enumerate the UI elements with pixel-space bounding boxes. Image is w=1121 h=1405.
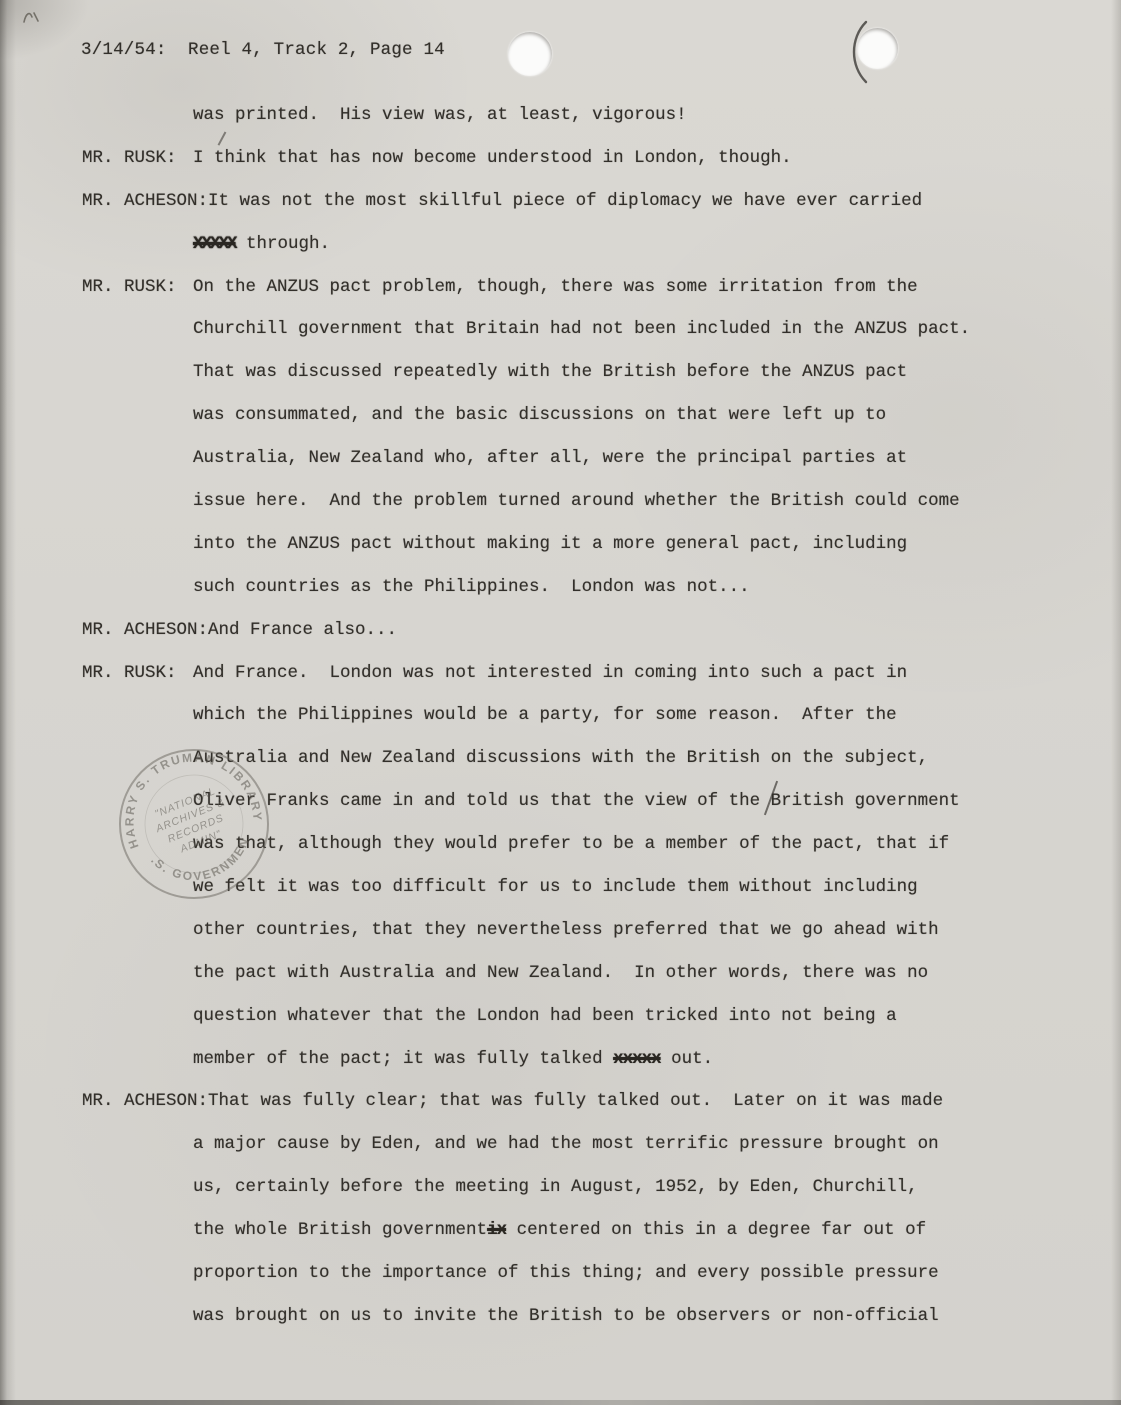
speaker-label	[0, 223, 193, 266]
overstrike-text: XXXXX	[193, 234, 236, 254]
transcript-line: was consummated, and the basic discussio…	[0, 394, 1121, 437]
speaker-label	[0, 394, 193, 437]
line-text: That was fully clear; that was fully tal…	[208, 1080, 1121, 1123]
scanned-document-page: 3/14/54: Reel 4, Track 2, Page 14 was pr…	[0, 0, 1121, 1405]
line-text: Oliver Franks came in and told us that t…	[193, 780, 1121, 823]
line-text: proportion to the importance of this thi…	[193, 1252, 1121, 1295]
line-text: Australia and New Zealand discussions wi…	[193, 737, 1121, 780]
line-text: That was discussed repeatedly with the B…	[193, 351, 1121, 394]
transcript-line: the pact with Australia and New Zealand.…	[0, 952, 1121, 995]
transcript-line: Australia, New Zealand who, after all, w…	[0, 437, 1121, 480]
line-text: was consummated, and the basic discussio…	[193, 394, 1121, 437]
line-text: we felt it was too difficult for us to i…	[193, 866, 1121, 909]
speaker-label: MR. RUSK:	[0, 266, 193, 309]
speaker-label	[0, 566, 193, 609]
line-text: the whole British governmentix centered …	[193, 1209, 1121, 1252]
line-text: On the ANZUS pact problem, though, there…	[193, 266, 1121, 309]
scan-edge-bottom	[0, 1400, 1121, 1405]
line-text: a major cause by Eden, and we had the mo…	[193, 1123, 1121, 1166]
transcript-line: MR. RUSK:On the ANZUS pact problem, thou…	[0, 266, 1121, 309]
speaker-label	[0, 1252, 193, 1295]
speaker-label: MR. RUSK:	[0, 652, 193, 695]
archive-stamp: HARRY S. TRUMAN LIBRARY U.S. GOVERNMENT …	[92, 722, 296, 926]
transcript-line: MR. RUSK:I think that has now become und…	[0, 137, 1121, 180]
line-text: other countries, that they nevertheless …	[193, 909, 1121, 952]
speaker-label	[0, 1295, 193, 1338]
speaker-label	[0, 1038, 193, 1081]
transcript-line: Churchill government that Britain had no…	[0, 308, 1121, 351]
line-text: was printed. His view was, at least, vig…	[193, 94, 1121, 137]
speaker-label	[0, 1166, 193, 1209]
speaker-label	[0, 952, 193, 995]
speaker-label: MR. RUSK:	[0, 137, 193, 180]
transcript-line: was brought on us to invite the British …	[0, 1295, 1121, 1338]
line-text: member of the pact; it was fully talked …	[193, 1038, 1121, 1081]
speaker-label	[0, 523, 193, 566]
page-header: 3/14/54: Reel 4, Track 2, Page 14	[81, 40, 445, 60]
transcript-line: proportion to the importance of this thi…	[0, 1252, 1121, 1295]
speaker-label	[0, 1123, 193, 1166]
transcript-line: was printed. His view was, at least, vig…	[0, 94, 1121, 137]
speaker-label	[0, 351, 193, 394]
line-text: issue here. And the problem turned aroun…	[193, 480, 1121, 523]
transcript: was printed. His view was, at least, vig…	[0, 94, 1121, 1338]
transcript-line: MR. ACHESON:And France also...	[0, 609, 1121, 652]
speaker-label: MR. ACHESON:	[0, 1080, 208, 1123]
transcript-line: MR. ACHESON:It was not the most skillful…	[0, 180, 1121, 223]
transcript-line: us, certainly before the meeting in Augu…	[0, 1166, 1121, 1209]
speaker-label	[0, 437, 193, 480]
line-text: And France also...	[208, 609, 1121, 652]
line-text: such countries as the Philippines. Londo…	[193, 566, 1121, 609]
speaker-label	[0, 94, 193, 137]
line-text: And France. London was not interested in…	[193, 652, 1121, 695]
line-text: I think that has now become understood i…	[193, 137, 1121, 180]
speaker-label	[0, 1209, 193, 1252]
line-text: XXXXX through.	[193, 223, 1121, 266]
transcript-line: MR. ACHESON:That was fully clear; that w…	[0, 1080, 1121, 1123]
line-text: Australia, New Zealand who, after all, w…	[193, 437, 1121, 480]
line-text: Churchill government that Britain had no…	[193, 308, 1121, 351]
transcript-line: question whatever that the London had be…	[0, 995, 1121, 1038]
speaker-label	[0, 694, 193, 737]
line-text: question whatever that the London had be…	[193, 995, 1121, 1038]
transcript-line: MR. RUSK:And France. London was not inte…	[0, 652, 1121, 695]
line-text: us, certainly before the meeting in Augu…	[193, 1166, 1121, 1209]
speaker-label: MR. ACHESON:	[0, 180, 208, 223]
transcript-line: member of the pact; it was fully talked …	[0, 1038, 1121, 1081]
transcript-line: such countries as the Philippines. Londo…	[0, 566, 1121, 609]
overstrike-text: xxxxx	[613, 1049, 661, 1069]
transcript-line: into the ANZUS pact without making it a …	[0, 523, 1121, 566]
transcript-line: That was discussed repeatedly with the B…	[0, 351, 1121, 394]
speaker-label	[0, 308, 193, 351]
transcript-line: issue here. And the problem turned aroun…	[0, 480, 1121, 523]
line-text: It was not the most skillful piece of di…	[208, 180, 1121, 223]
line-text: the pact with Australia and New Zealand.…	[193, 952, 1121, 995]
transcript-line: the whole British governmentix centered …	[0, 1209, 1121, 1252]
line-text: which the Philippines would be a party, …	[193, 694, 1121, 737]
transcript-line: a major cause by Eden, and we had the mo…	[0, 1123, 1121, 1166]
punch-hole-left	[508, 32, 552, 76]
overstrike-text: ix	[487, 1220, 506, 1240]
stamp-center-text: "NATIONAL ARCHIVES & RECORDS ADMIN"	[148, 783, 237, 861]
line-text: was that, although they would prefer to …	[193, 823, 1121, 866]
line-text: into the ANZUS pact without making it a …	[193, 523, 1121, 566]
line-text: was brought on us to invite the British …	[193, 1295, 1121, 1338]
pencil-mark	[20, 4, 46, 30]
speaker-label	[0, 995, 193, 1038]
speaker-label	[0, 480, 193, 523]
speaker-label: MR. ACHESON:	[0, 609, 208, 652]
transcript-line: which the Philippines would be a party, …	[0, 694, 1121, 737]
transcript-line: XXXXX through.	[0, 223, 1121, 266]
pen-paren-mark	[842, 18, 876, 88]
